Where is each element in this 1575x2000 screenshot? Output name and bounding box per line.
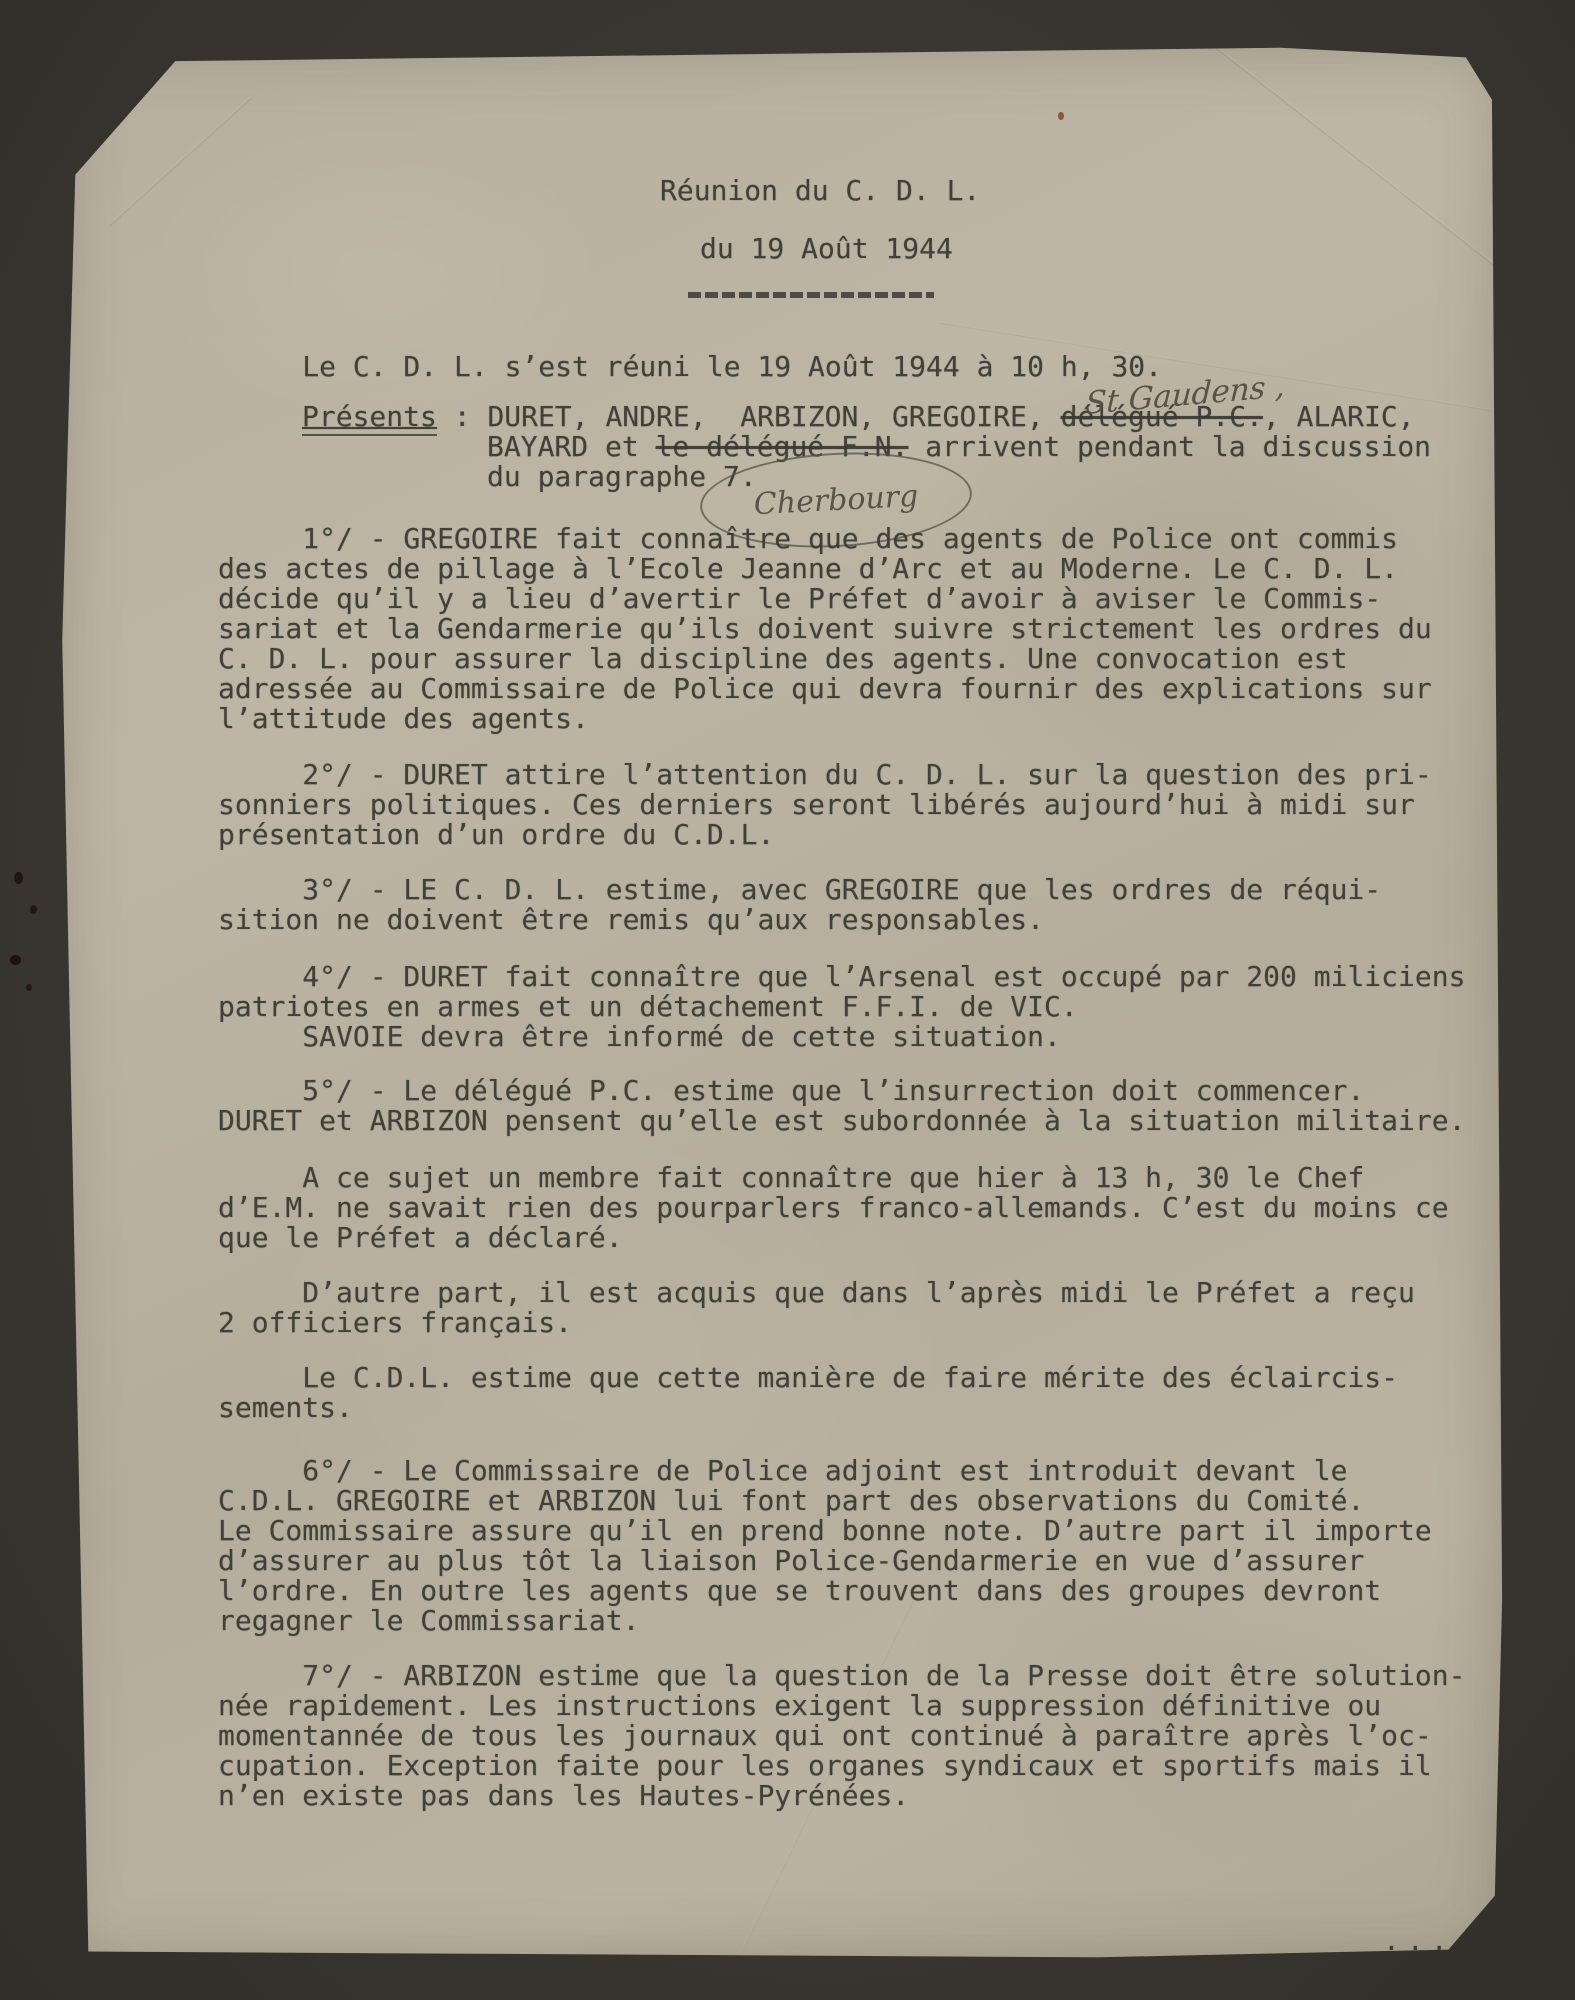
- paragraph-2: 2°/ - DURET attire l’attention du C. D. …: [218, 760, 1432, 850]
- backdrop-speck: [30, 905, 37, 914]
- presents-names-after: , ALARIC,: [1263, 400, 1415, 433]
- presents-label: Présents: [302, 400, 437, 436]
- paragraph-3: 3°/ - LE C. D. L. estime, avec GREGOIRE …: [218, 875, 1381, 935]
- scanned-document-page: Réunion du C. D. L. du 19 Août 1944 Le C…: [55, 40, 1505, 1965]
- paper-crease: [1153, 0, 1575, 345]
- presents-line2-text: BAYARD et: [487, 430, 656, 463]
- paragraph-5: 5°/ - Le délégué P.C. estime que l’insur…: [218, 1076, 1465, 1136]
- backdrop-speck: [10, 955, 21, 965]
- paragraph-6: 6°/ - Le Commissaire de Police adjoint e…: [218, 1456, 1432, 1636]
- note-d-autre-part: D’autre part, il est acquis que dans l’a…: [218, 1278, 1415, 1338]
- red-ink-speck: [1058, 112, 1064, 120]
- document-title: Réunion du C. D. L.: [660, 176, 980, 206]
- paragraph-7: 7°/ - ARBIZON estime que la question de …: [218, 1661, 1465, 1811]
- photo-backdrop: { "document": { "title_line1": "Réunion …: [0, 0, 1575, 2000]
- paper-crease: [108, 97, 251, 226]
- presents-names: DURET, ANDRE, ARBIZON, GREGOIRE,: [487, 400, 1060, 433]
- paragraph-4: 4°/ - DURET fait connaître que l’Arsenal…: [218, 962, 1465, 1052]
- paragraph-1: 1°/ - GREGOIRE fait connaître que des ag…: [218, 524, 1432, 734]
- note-a-ce-sujet: A ce sujet un membre fait connaître que …: [218, 1163, 1449, 1253]
- note-cdl-estime: Le C.D.L. estime que cette manière de fa…: [218, 1363, 1398, 1423]
- presents-line-2: BAYARD et le délégué F.N. arrivent penda…: [487, 432, 1431, 462]
- presents-separator: :: [437, 400, 488, 433]
- title-underline-rule: [688, 292, 934, 298]
- presents-line2-after: arrivent pendant la discussion: [908, 430, 1431, 463]
- handwritten-annotation-cherbourg-text: Cherbourg: [753, 478, 919, 522]
- backdrop-speck: [14, 872, 23, 884]
- continuation-mark: ....../: [1383, 1924, 1550, 1957]
- backdrop-speck: [26, 984, 32, 991]
- intro-line: Le C. D. L. s’est réuni le 19 Août 1944 …: [218, 352, 1162, 382]
- document-date: du 19 Août 1944: [700, 234, 953, 264]
